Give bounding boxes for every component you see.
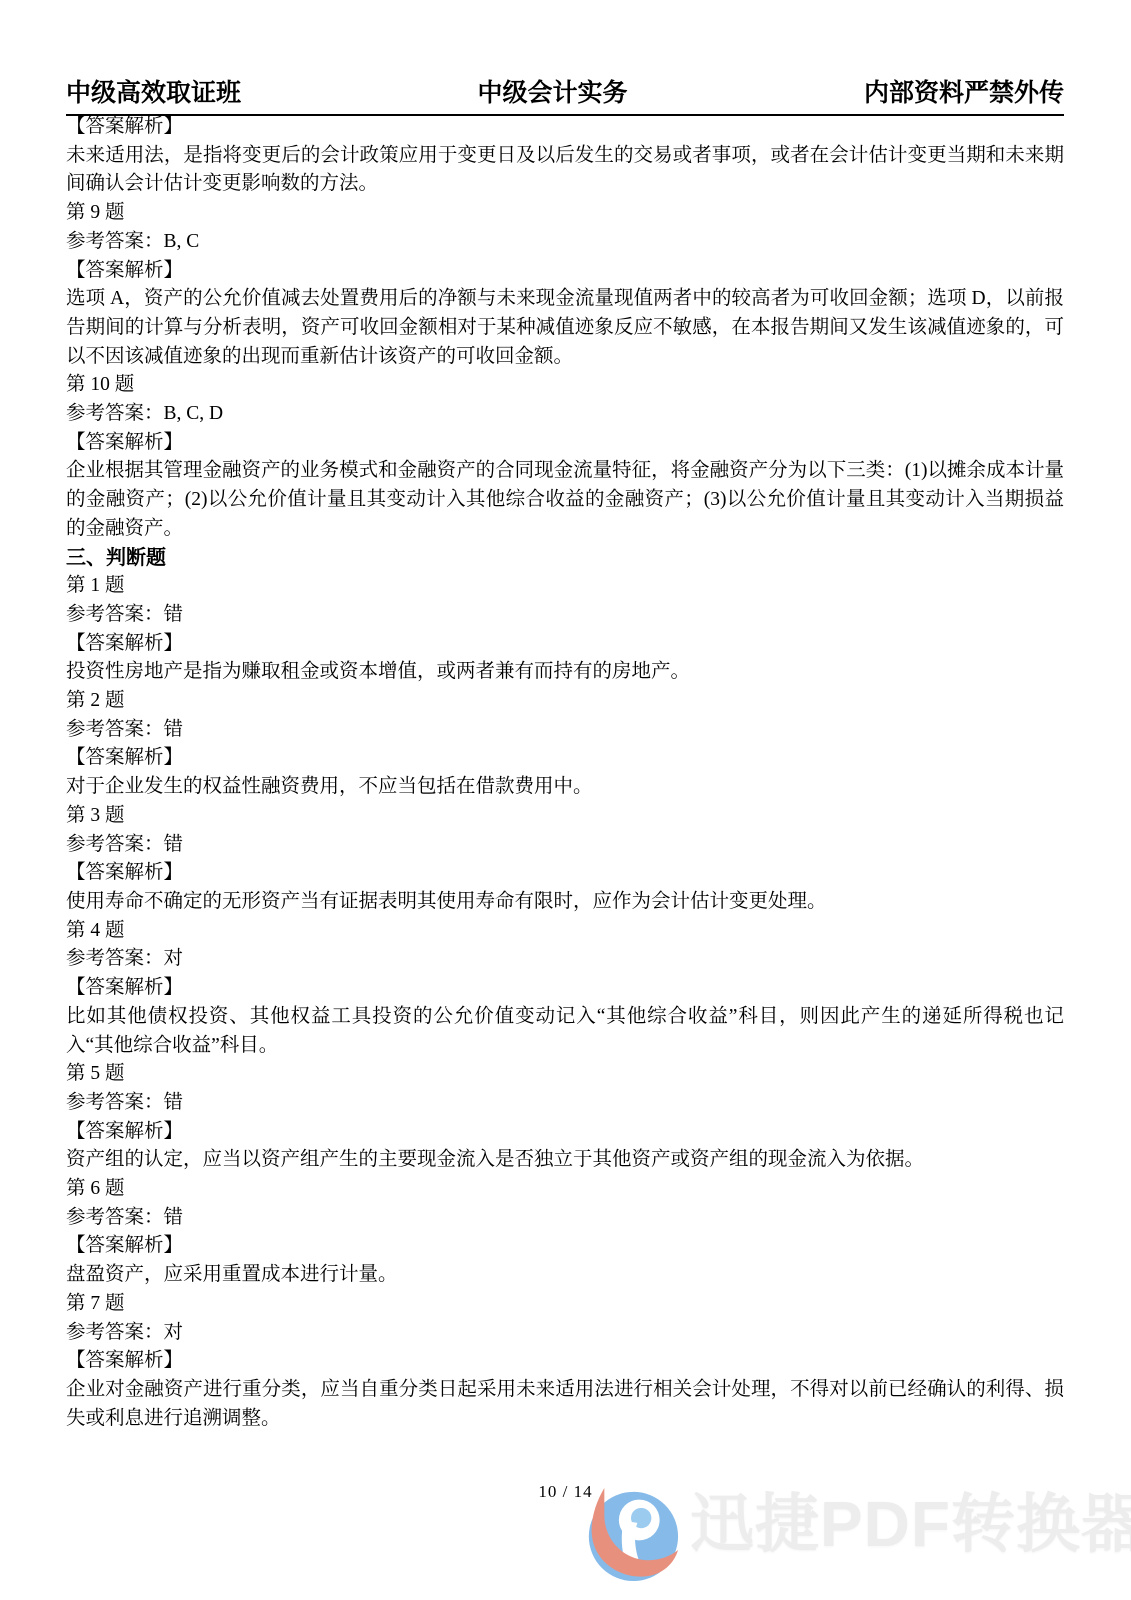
explanation-text: 投资性房地产是指为赚取租金或资本增值，或两者兼有而持有的房地产。 — [66, 658, 1064, 687]
question-number: 第 3 题 — [66, 802, 1064, 831]
document-page: 中级高效取证班 中级会计实务 内部资料严禁外传 【答案解析】未来适用法，是指将变… — [0, 0, 1131, 1600]
question-number: 第 6 题 — [66, 1175, 1064, 1204]
analysis-label: 【答案解析】 — [66, 429, 1064, 458]
reference-answer: 参考答案：错 — [66, 1089, 1064, 1118]
analysis-label: 【答案解析】 — [66, 1232, 1064, 1261]
reference-answer: 参考答案：对 — [66, 945, 1064, 974]
analysis-label: 【答案解析】 — [66, 113, 1064, 142]
question-number: 第 4 题 — [66, 917, 1064, 946]
analysis-label: 【答案解析】 — [66, 1347, 1064, 1376]
question-number: 第 9 题 — [66, 199, 1064, 228]
analysis-label: 【答案解析】 — [66, 974, 1064, 1003]
explanation-text: 对于企业发生的权益性融资费用，不应当包括在借款费用中。 — [66, 773, 1064, 802]
section-heading: 三、判断题 — [66, 544, 1064, 573]
page-number: 10 / 14 — [0, 1482, 1131, 1502]
explanation-text: 盘盈资产，应采用重置成本进行计量。 — [66, 1261, 1064, 1290]
question-number: 第 1 题 — [66, 572, 1064, 601]
question-number: 第 5 题 — [66, 1060, 1064, 1089]
explanation-text: 企业根据其管理金融资产的业务模式和金融资产的合同现金流量特征，将金融资产分为以下… — [66, 457, 1064, 543]
question-number: 第 7 题 — [66, 1290, 1064, 1319]
explanation-text: 选项 A，资产的公允价值减去处置费用后的净额与未来现金流量现值两者中的较高者为可… — [66, 285, 1064, 371]
header-subject-title: 中级会计实务 — [477, 81, 627, 106]
analysis-label: 【答案解析】 — [66, 257, 1064, 286]
explanation-text: 资产组的认定，应当以资产组产生的主要现金流入是否独立于其他资产或资产组的现金流入… — [66, 1146, 1064, 1175]
document-body: 【答案解析】未来适用法，是指将变更后的会计政策应用于变更日及以后发生的交易或者事… — [66, 113, 1064, 1433]
reference-answer: 参考答案：对 — [66, 1319, 1064, 1348]
reference-answer: 参考答案：错 — [66, 601, 1064, 630]
analysis-label: 【答案解析】 — [66, 859, 1064, 888]
reference-answer: 参考答案：B, C, D — [66, 400, 1064, 429]
explanation-text: 比如其他债权投资、其他权益工具投资的公允价值变动记入“其他综合收益”科目，则因此… — [66, 1003, 1064, 1060]
reference-answer: 参考答案：错 — [66, 1204, 1064, 1233]
question-number: 第 10 题 — [66, 371, 1064, 400]
explanation-text: 未来适用法，是指将变更后的会计政策应用于变更日及以后发生的交易或者事项，或者在会… — [66, 142, 1064, 199]
analysis-label: 【答案解析】 — [66, 630, 1064, 659]
explanation-text: 企业对金融资产进行重分类，应当自重分类日起采用未来适用法进行相关会计处理，不得对… — [66, 1376, 1064, 1433]
analysis-label: 【答案解析】 — [66, 1118, 1064, 1147]
reference-answer: 参考答案：错 — [66, 831, 1064, 860]
reference-answer: 参考答案：B, C — [66, 228, 1064, 257]
explanation-text: 使用寿命不确定的无形资产当有证据表明其使用寿命有限时，应作为会计估计变更处理。 — [66, 888, 1064, 917]
header-confidential-notice: 内部资料严禁外传 — [864, 81, 1064, 106]
header-course-title: 中级高效取证班 — [66, 81, 241, 106]
question-number: 第 2 题 — [66, 687, 1064, 716]
analysis-label: 【答案解析】 — [66, 744, 1064, 773]
page-header: 中级高效取证班 中级会计实务 内部资料严禁外传 — [66, 81, 1064, 116]
reference-answer: 参考答案：错 — [66, 716, 1064, 745]
